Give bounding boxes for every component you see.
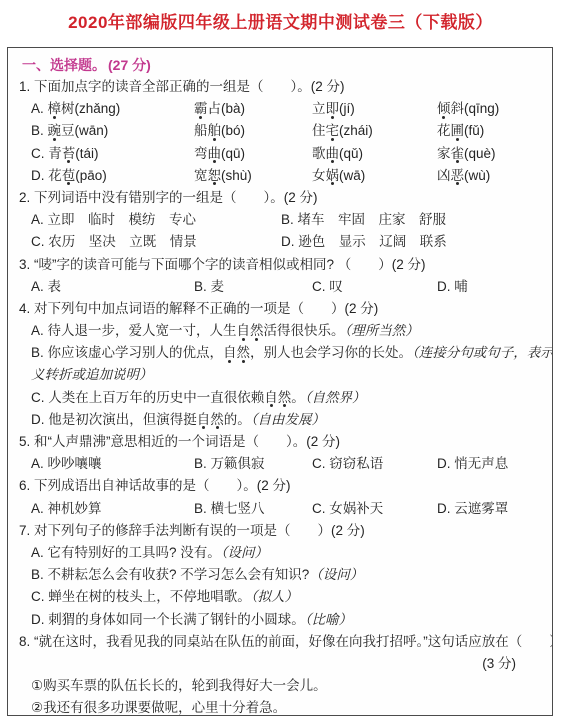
emphasis-dotted-char: 倾 [437, 101, 451, 116]
emphasis-dotted-char: 然 [250, 323, 264, 338]
section-heading-label: 一、选择题。 [22, 57, 106, 73]
option-line: A. 待人退一步，爱人宽一寸，人生自然活得很快乐。（理所当然） [31, 320, 552, 342]
page-title: 2020年部编版四年级上册语文期中测试卷三（下载版） [0, 8, 561, 33]
option-cell: 立即(jí) [312, 98, 355, 120]
option-row-4col: A. 樟树(zhǎng)霸占(bà)立即(jí)倾斜(qīng) [31, 98, 552, 120]
option-cell: B. 堵车 牢固 庄家 舒服 [281, 209, 446, 231]
option-cell: A. 神机妙算 [31, 498, 102, 520]
kaiti-annotation: （自然界） [305, 390, 366, 405]
question-stem: 2. 下列词语中没有错别字的一组是（ ）。(2 分) [19, 187, 552, 209]
kaiti-annotation: （比喻） [305, 612, 352, 627]
option-cell: 船舶(bó) [194, 120, 245, 142]
option-line: B. 你应该虚心学习别人的优点，自然，别人也会学习你的长处。（连接分句或句子，表… [31, 342, 552, 364]
emphasis-dotted-char: 雀 [451, 146, 465, 161]
emphasis-dotted-char: 自 [237, 323, 251, 338]
kaiti-annotation: （自由发展） [251, 412, 325, 427]
questions-box: 一、选择题。(27 分) 1. 下面加点字的读音全部正确的一组是（ ）。(2 分… [7, 47, 553, 716]
option-cell: D. 悄无声息 [437, 453, 508, 475]
kaiti-annotation: （理所当然） [345, 323, 419, 338]
option-row-4col: D. 花苞(pāo)宽恕(shù)女娲(wā)凶恶(wù) [31, 165, 552, 187]
emphasis-dotted-char: 樟 [48, 101, 62, 116]
emphasis-dotted-char: 然 [278, 390, 292, 405]
emphasis-dotted-char: 自 [264, 390, 278, 405]
option-line: C. 人类在上百万年的历史中一直很依赖自然。（自然界） [31, 387, 552, 409]
option-cell: A. 吵吵嚷嚷 [31, 453, 102, 475]
option-cell: 歌曲(qǔ) [312, 143, 363, 165]
option-cell: A. 立即 临时 模纺 专心 [31, 209, 196, 231]
emphasis-dotted-char: 宅 [326, 123, 340, 138]
kaiti-annotation: （设问） [221, 545, 268, 560]
option-row-4col: A. 表B. 麦C. 叹D. 哺 [31, 276, 552, 298]
option-cell: 弯曲(qū) [194, 143, 245, 165]
option-cell: D. 云遮雾罩 [437, 498, 508, 520]
kaiti-annotation: （拟人） [251, 589, 298, 604]
question-stem: 3. “唛”字的读音可能与下面哪个字的读音相似或相同? （ ）(2 分) [19, 254, 552, 276]
option-cell: C. 青苔(tái) [31, 143, 99, 165]
emphasis-dotted-char: 舶 [208, 123, 222, 138]
option-cell: 凶恶(wù) [437, 165, 490, 187]
emphasis-dotted-char: 霸 [194, 101, 208, 116]
option-cell: D. 花苞(pāo) [31, 165, 107, 187]
option-line: C. 蝉坐在树的枝头上，不停地唱歌。（拟人） [31, 586, 552, 608]
emphasis-dotted-char: 豌 [48, 123, 62, 138]
option-cell: B. 万籁俱寂 [194, 453, 265, 475]
option-cell: 女娲(wā) [312, 165, 365, 187]
emphasis-dotted-char: 曲 [326, 146, 340, 161]
emphasis-dotted-char: 恕 [208, 168, 222, 183]
option-cell: 住宅(zhái) [312, 120, 373, 142]
option-cell: B. 麦 [194, 276, 224, 298]
option-cell: B. 豌豆(wān) [31, 120, 108, 142]
emphasis-dotted-char: 即 [326, 101, 340, 116]
section-points-badge: (27 分) [108, 57, 151, 73]
emphasis-dotted-char: 然 [237, 345, 251, 360]
option-row-4col: A. 神机妙算B. 横七竖八C. 女娲补天D. 云遮雾罩 [31, 498, 552, 520]
question-stem: 8. “就在这时，我看见我的同桌站在队伍的前面，好像在向我打招呼。”这句话应放在… [19, 631, 552, 653]
option-line: ①购买车票的队伍长长的，轮到我得好大一会儿。 [31, 675, 552, 697]
option-row-2col: C. 农历 坚决 立既 情景D. 逊色 显示 辽阔 联系 [31, 231, 552, 253]
emphasis-dotted-char: 自 [197, 412, 211, 427]
emphasis-dotted-char: 苞 [62, 168, 76, 183]
option-line: 义转折或追加说明） [31, 364, 552, 386]
option-cell: 花圃(fǔ) [437, 120, 484, 142]
option-cell: A. 表 [31, 276, 61, 298]
option-cell: C. 女娲补天 [312, 498, 383, 520]
option-line: ②我还有很多功课要做呢，心里十分着急。 [31, 697, 552, 716]
emphasis-dotted-char: 圃 [451, 123, 465, 138]
emphasis-dotted-char: 然 [210, 412, 224, 427]
option-cell: B. 横七竖八 [194, 498, 265, 520]
option-cell: A. 樟树(zhǎng) [31, 98, 120, 120]
option-line: D. 刺猬的身体如同一个长满了钢针的小圆球。（比喻） [31, 609, 552, 631]
kaiti-annotation: （设问） [309, 567, 363, 582]
emphasis-dotted-char: 恶 [451, 168, 465, 183]
question-stem: 7. 对下列句子的修辞手法判断有误的一项是（ ）(2 分) [19, 520, 552, 542]
option-row-4col: B. 豌豆(wān)船舶(bó)住宅(zhái)花圃(fǔ) [31, 120, 552, 142]
emphasis-dotted-char: 娲 [326, 168, 340, 183]
points-label: (3 分) [16, 653, 552, 675]
question-stem: 1. 下面加点字的读音全部正确的一组是（ ）。(2 分) [19, 76, 552, 98]
question-stem: 4. 对下列句中加点词语的解释不正确的一项是（ ）(2 分) [19, 298, 552, 320]
question-stem: 6. 下列成语出自神话故事的是（ ）。(2 分) [19, 475, 552, 497]
option-line: A. 它有特别好的工具吗? 没有。（设问） [31, 542, 552, 564]
section-heading: 一、选择题。(27 分) [22, 54, 552, 76]
question-stem: 5. 和“人声鼎沸”意思相近的一个词语是（ ）。(2 分) [19, 431, 552, 453]
question-lines: 1. 下面加点字的读音全部正确的一组是（ ）。(2 分)A. 樟树(zhǎng)… [16, 76, 552, 716]
emphasis-dotted-char: 曲 [208, 146, 222, 161]
option-cell: C. 窃窃私语 [312, 453, 383, 475]
option-line: B. 不耕耘怎么会有收获? 不学习怎么会有知识?（设问） [31, 564, 552, 586]
option-cell: D. 逊色 显示 辽阔 联系 [281, 231, 447, 253]
option-cell: D. 哺 [437, 276, 468, 298]
option-cell: 霸占(bà) [194, 98, 245, 120]
test-paper-page: 2020年部编版四年级上册语文期中测试卷三（下载版） 一、选择题。(27 分) … [0, 0, 561, 719]
option-line: D. 他是初次演出，但演得挺自然的。（自由发展） [31, 409, 552, 431]
option-cell: C. 农历 坚决 立既 情景 [31, 231, 197, 253]
option-cell: 倾斜(qīng) [437, 98, 499, 120]
option-row-4col: A. 吵吵嚷嚷B. 万籁俱寂C. 窃窃私语D. 悄无声息 [31, 453, 552, 475]
option-row-4col: C. 青苔(tái)弯曲(qū)歌曲(qǔ)家雀(què) [31, 143, 552, 165]
emphasis-dotted-char: 自 [223, 345, 237, 360]
option-cell: 家雀(què) [437, 143, 496, 165]
kaiti-annotation: 义转折或追加说明） [31, 367, 153, 382]
emphasis-dotted-char: 苔 [62, 146, 76, 161]
option-cell: 宽恕(shù) [194, 165, 252, 187]
option-row-2col: A. 立即 临时 模纺 专心B. 堵车 牢固 庄家 舒服 [31, 209, 552, 231]
option-cell: C. 叹 [312, 276, 343, 298]
kaiti-annotation: （连接分句或句子，表示语 [412, 345, 553, 360]
